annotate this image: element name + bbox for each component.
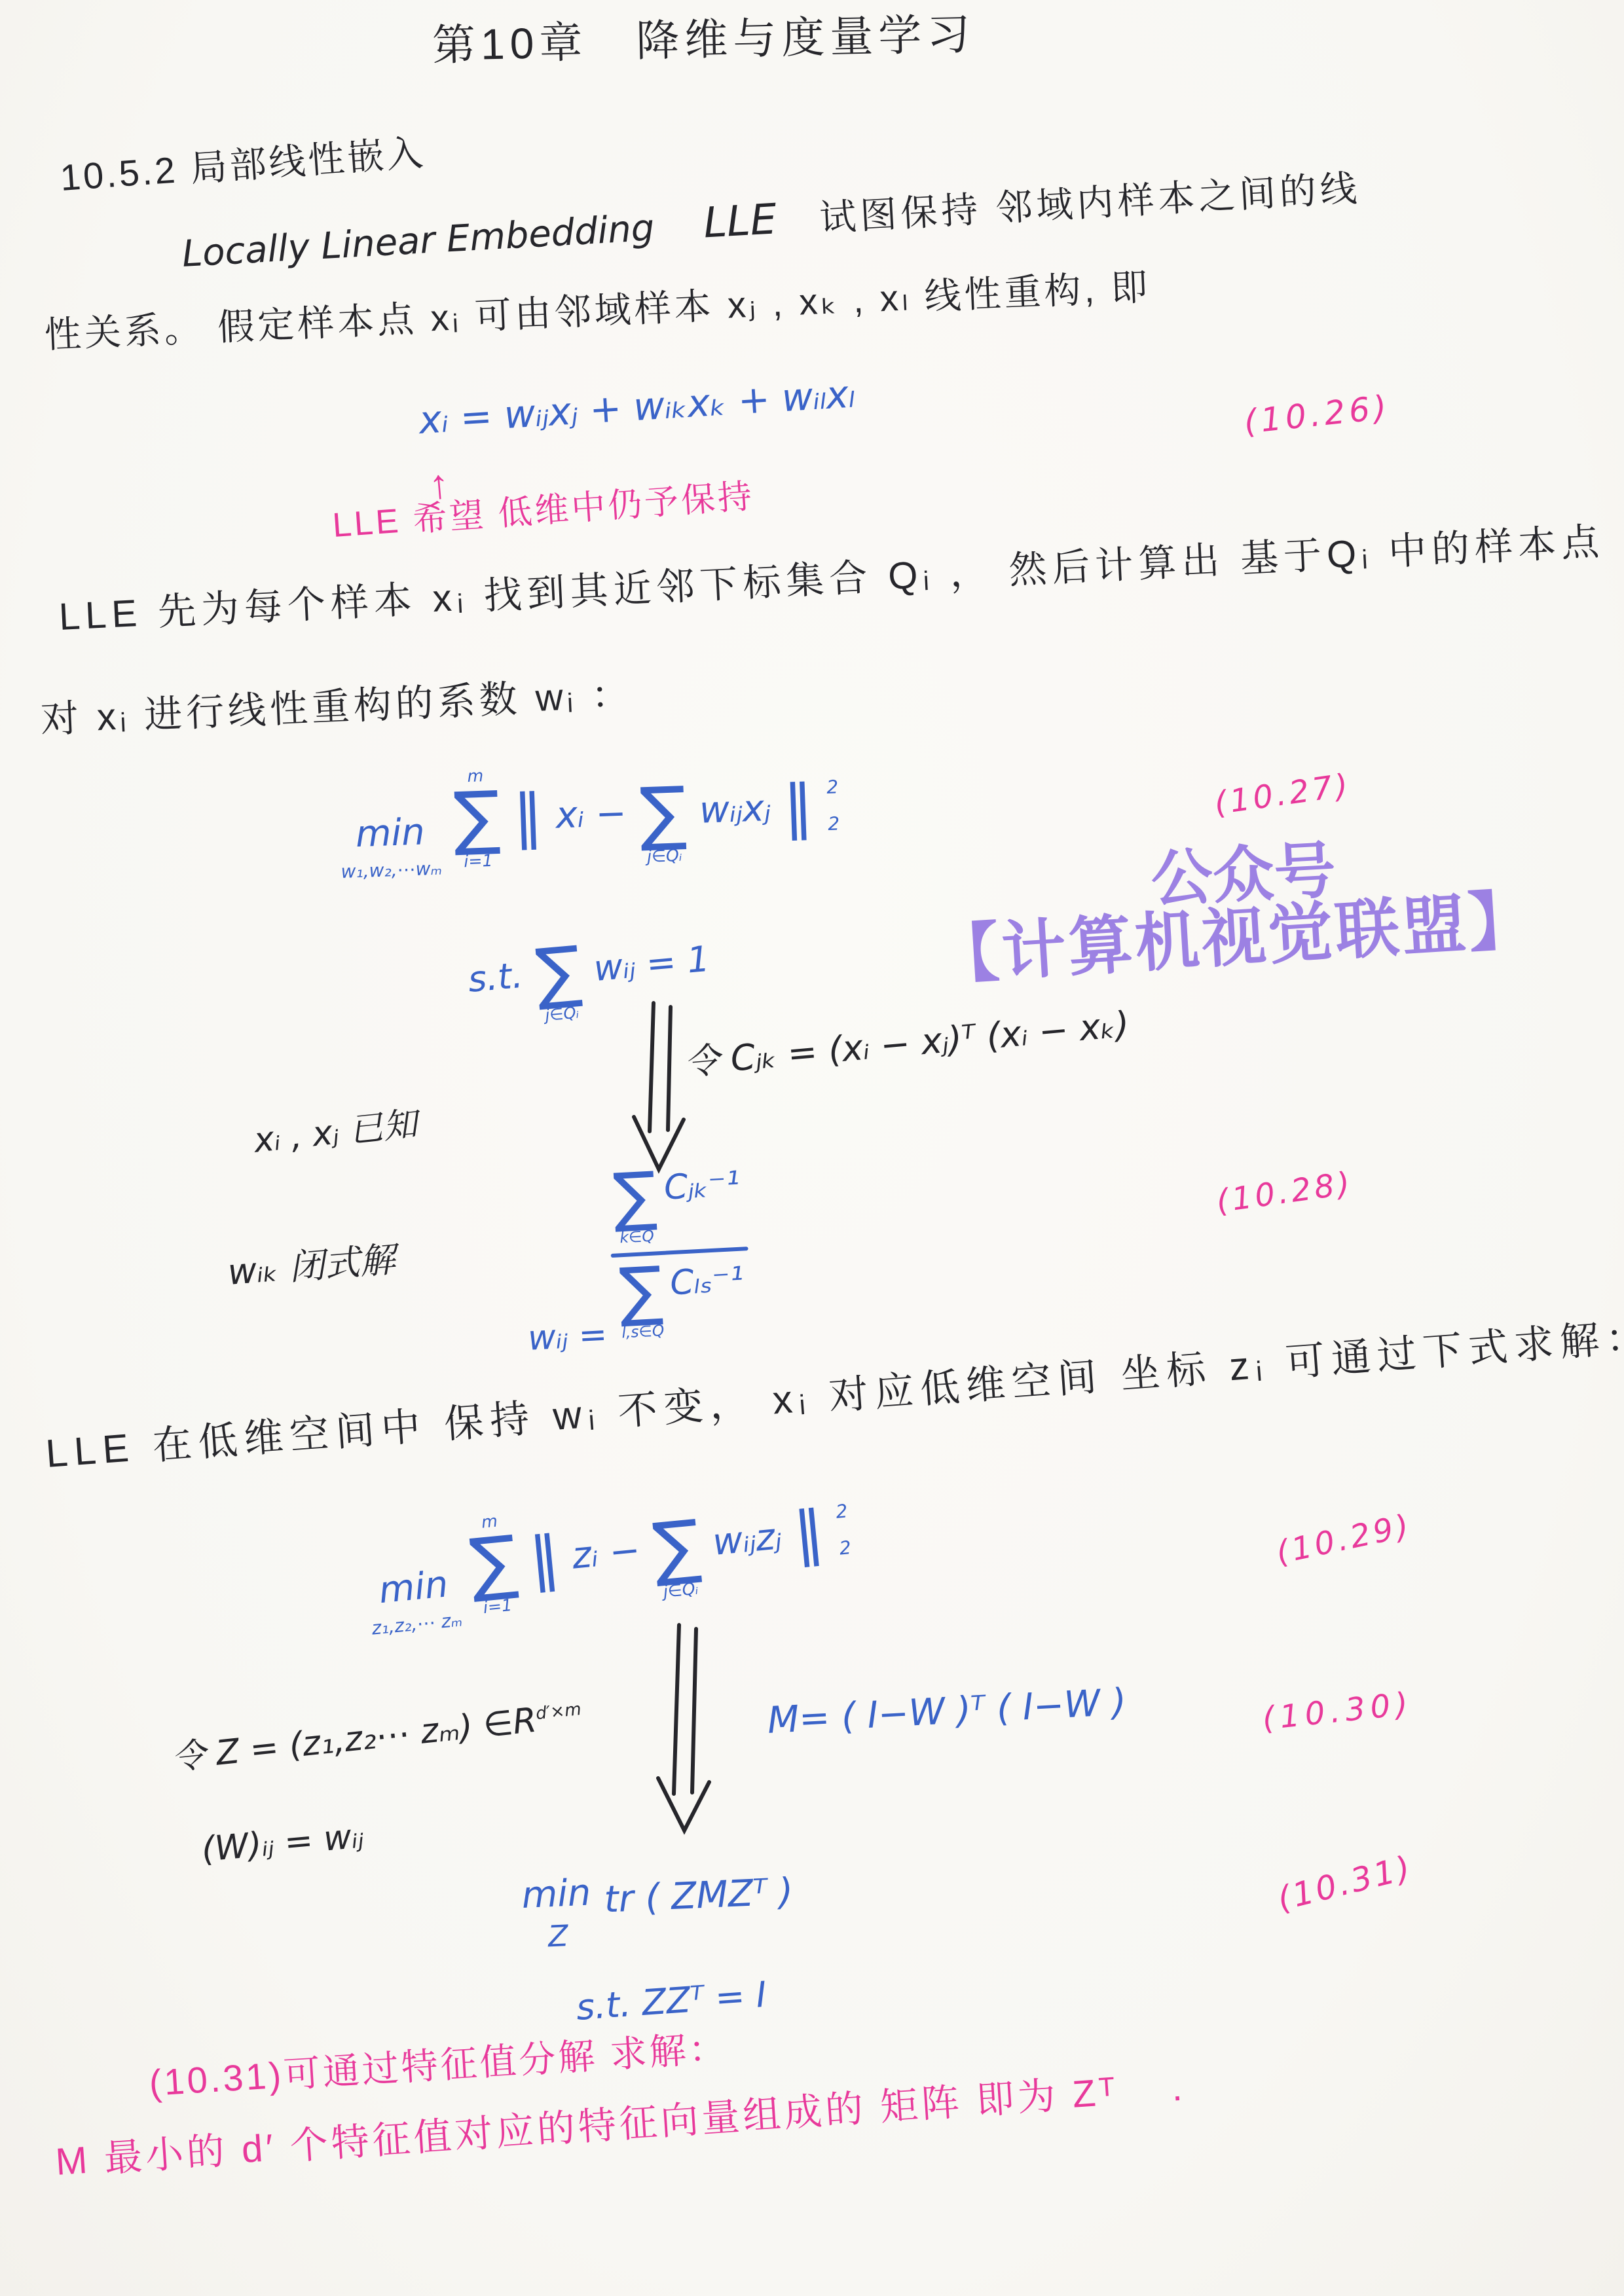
eq28-num-term: Cⱼₖ⁻¹ — [663, 1164, 741, 1209]
eq29-sum-2: ∑ j∈Qᵢ — [650, 1516, 705, 1601]
eq27-min-under: w₁,w₂,⋯wₘ — [341, 860, 442, 881]
equation-label-10-31: (10.31) — [1274, 1848, 1416, 1919]
sigma-icon: ∑ — [533, 942, 583, 1003]
eq29-sub: 2 — [839, 1538, 853, 1559]
double-down-arrow-icon — [645, 1622, 730, 1838]
eq27-sum2-lower: j∈Qᵢ — [647, 847, 682, 865]
eq28-numerator: ∑ k∈Q Cⱼₖ⁻¹ — [612, 1164, 743, 1246]
eq29-sum1-lower: i=1 — [483, 1597, 513, 1616]
eq28-den-sum-lower: l,s∈Q — [621, 1323, 665, 1341]
eq28-denominator: ∑ l,s∈Q Cₗₛ⁻¹ — [618, 1259, 747, 1341]
eq29-norm-open: ‖ — [526, 1523, 563, 1595]
conclusion-period: . — [1170, 2066, 1187, 2109]
eq29-min: min — [377, 1567, 449, 1610]
eq29-sup: 2 — [835, 1501, 849, 1522]
eq27-norm-scripts: 2 2 — [826, 777, 840, 835]
eq29-sum2-lower: j∈Qᵢ — [663, 1580, 699, 1600]
eq27-min: min — [355, 814, 425, 854]
equation-10-31: min Z tr ( ZMZᵀ ) — [521, 1866, 795, 1953]
z-def-exponent: d′×m — [535, 1700, 582, 1724]
page-title: 第10章 降维与度量学习 — [432, 9, 976, 72]
eq31-min-under: Z — [547, 1922, 569, 1952]
eq27-constraint-rhs: wᵢⱼ = 1 — [592, 938, 711, 991]
eq28-den-sum: ∑ l,s∈Q — [618, 1263, 665, 1341]
eq29-term-1: zᵢ − — [570, 1528, 642, 1578]
sigma-icon: ∑ — [612, 1168, 658, 1225]
intro-chinese-tail: 试图保持 邻域内样本之间的线 — [819, 167, 1362, 238]
eq27-sum-2: ∑ j∈Qᵢ — [638, 782, 688, 865]
eq28-den-term: Cₗₛ⁻¹ — [669, 1259, 745, 1303]
z-def-lead: 令 Z = (z₁,z₂⋯ zₘ) ∈R — [170, 1701, 539, 1778]
closed-form-note: wᵢₖ 闭式解 — [226, 1239, 396, 1294]
sigma-icon: ∑ — [650, 1516, 703, 1579]
eq27-st: s.t. — [466, 955, 525, 1002]
eq27-norm-close: ‖ — [783, 771, 815, 843]
sigma-icon: ∑ — [638, 782, 688, 843]
equation-10-26: xᵢ = wᵢⱼxⱼ + wᵢₖxₖ + wᵢₗxₗ — [418, 371, 856, 443]
sigma-icon: ∑ — [452, 788, 502, 848]
eq28-num-sum: ∑ k∈Q — [612, 1168, 659, 1246]
eq29-norm-scripts: 2 2 — [835, 1501, 852, 1559]
paragraph-1-line-2: 对 xᵢ 进行线性重构的系数 wᵢ ： — [39, 672, 634, 743]
eq29-sum-1: m ∑ i=1 — [466, 1511, 522, 1616]
equation-label-10-29: (10.29) — [1273, 1507, 1415, 1573]
eq29-min-under: z₁,z₂,⋯ zₘ — [371, 1611, 463, 1638]
eq27-sub: 2 — [828, 814, 840, 835]
conclusion-line-1: (10.31)可通过特征值分解 求解： — [148, 2026, 729, 2105]
cjk-definition: 令 Cⱼₖ = (xᵢ − xⱼ)ᵀ (xᵢ − xₖ) — [682, 1004, 1131, 1085]
equation-label-10-30: (10.30) — [1261, 1685, 1415, 1738]
notebook-page: 第10章 降维与度量学习 10.5.2 局部线性嵌入 Locally Linea… — [0, 0, 1624, 2296]
eq27-term-1: xᵢ − — [555, 792, 627, 838]
eq27-sup: 2 — [826, 777, 839, 797]
double-down-arrow-icon — [616, 1000, 707, 1177]
equation-10-30: M= ( I−W )ᵀ ( I−W ) — [766, 1680, 1127, 1743]
eq27-sum-1: m ∑ i=1 — [452, 767, 502, 869]
equation-10-31-constraint: s.t. ZZᵀ = I — [575, 1974, 768, 2030]
eq27-constraint-sum: ∑ j∈Qᵢ — [533, 942, 585, 1024]
equation-label-10-27: (10.27) — [1212, 767, 1354, 823]
eq27-norm-open: ‖ — [512, 781, 544, 852]
eq27-min-block: min w₁,w₂,⋯wₘ — [339, 814, 443, 881]
equation-label-10-26: (10.26) — [1242, 388, 1392, 442]
eq28-fraction: ∑ k∈Q Cⱼₖ⁻¹ ∑ l,s∈Q Cₗₛ⁻¹ — [612, 1164, 748, 1341]
sigma-icon: ∑ — [618, 1263, 664, 1320]
z-definition-line-1: 令 Z = (z₁,z₂⋯ zₘ) ∈Rd′×m — [170, 1695, 584, 1779]
eq31-min-block: min Z — [521, 1874, 593, 1952]
equation-10-29: min z₁,z₂,⋯ zₘ m ∑ i=1 ‖ zᵢ − ∑ j∈Qᵢ wᵢⱼ… — [362, 1479, 855, 1626]
eq27-term-2: wᵢⱼxⱼ — [699, 786, 771, 833]
eq31-body: tr ( ZMZᵀ ) — [603, 1870, 794, 1922]
intro-english: Locally Linear Embedding — [181, 207, 655, 276]
equation-label-10-28: (10.28) — [1214, 1165, 1356, 1221]
lle-abbreviation: LLE — [702, 195, 778, 247]
paragraph-2: LLE 在低维空间中 保持 wᵢ 不变， xᵢ 对应低维空间 坐标 zᵢ 可通过… — [44, 1313, 1624, 1478]
equation-10-27: min w₁,w₂,⋯wₘ m ∑ i=1 ‖ xᵢ − ∑ j∈Qᵢ wᵢⱼx… — [337, 755, 841, 873]
eq29-norm-close: ‖ — [791, 1497, 827, 1570]
known-variables-note: xᵢ , xⱼ 已知 — [252, 1104, 419, 1161]
intro-line-1: Locally Linear Embedding LLE 试图保持 邻域内样本之… — [181, 162, 1362, 278]
eq28-lhs: wᵢⱼ = — [527, 1315, 608, 1360]
intro-line-2: 性关系。 假定样本点 xᵢ 可由邻域样本 xⱼ , xₖ , xₗ 线性重构, … — [44, 264, 1152, 357]
eq29-term-2: wᵢⱼzⱼ — [710, 1514, 783, 1565]
equation-10-28: wᵢⱼ = ∑ k∈Q Cⱼₖ⁻¹ ∑ l,s∈Q Cₗₛ⁻¹ — [519, 1164, 748, 1346]
paragraph-1-line-1: LLE 先为每个样本 xᵢ 找到其近邻下标集合 Qᵢ ， 然后计算出 基于Qᵢ … — [58, 519, 1605, 640]
eq27-constraint-sum-lower: j∈Qᵢ — [545, 1005, 580, 1024]
eq28-num-sum-lower: k∈Q — [619, 1229, 654, 1246]
z-definition-line-2: (W)ᵢⱼ = wᵢⱼ — [200, 1816, 365, 1871]
annotation-lle-hope: LLE 希望 低维中仍予保持 — [331, 476, 756, 546]
sigma-icon: ∑ — [468, 1531, 520, 1595]
eq31-min: min — [521, 1874, 591, 1914]
section-heading: 10.5.2 局部线性嵌入 — [59, 130, 428, 200]
eq27-sum1-lower: i=1 — [464, 852, 493, 870]
eq29-min-block: min z₁,z₂,⋯ zₘ — [367, 1565, 463, 1638]
